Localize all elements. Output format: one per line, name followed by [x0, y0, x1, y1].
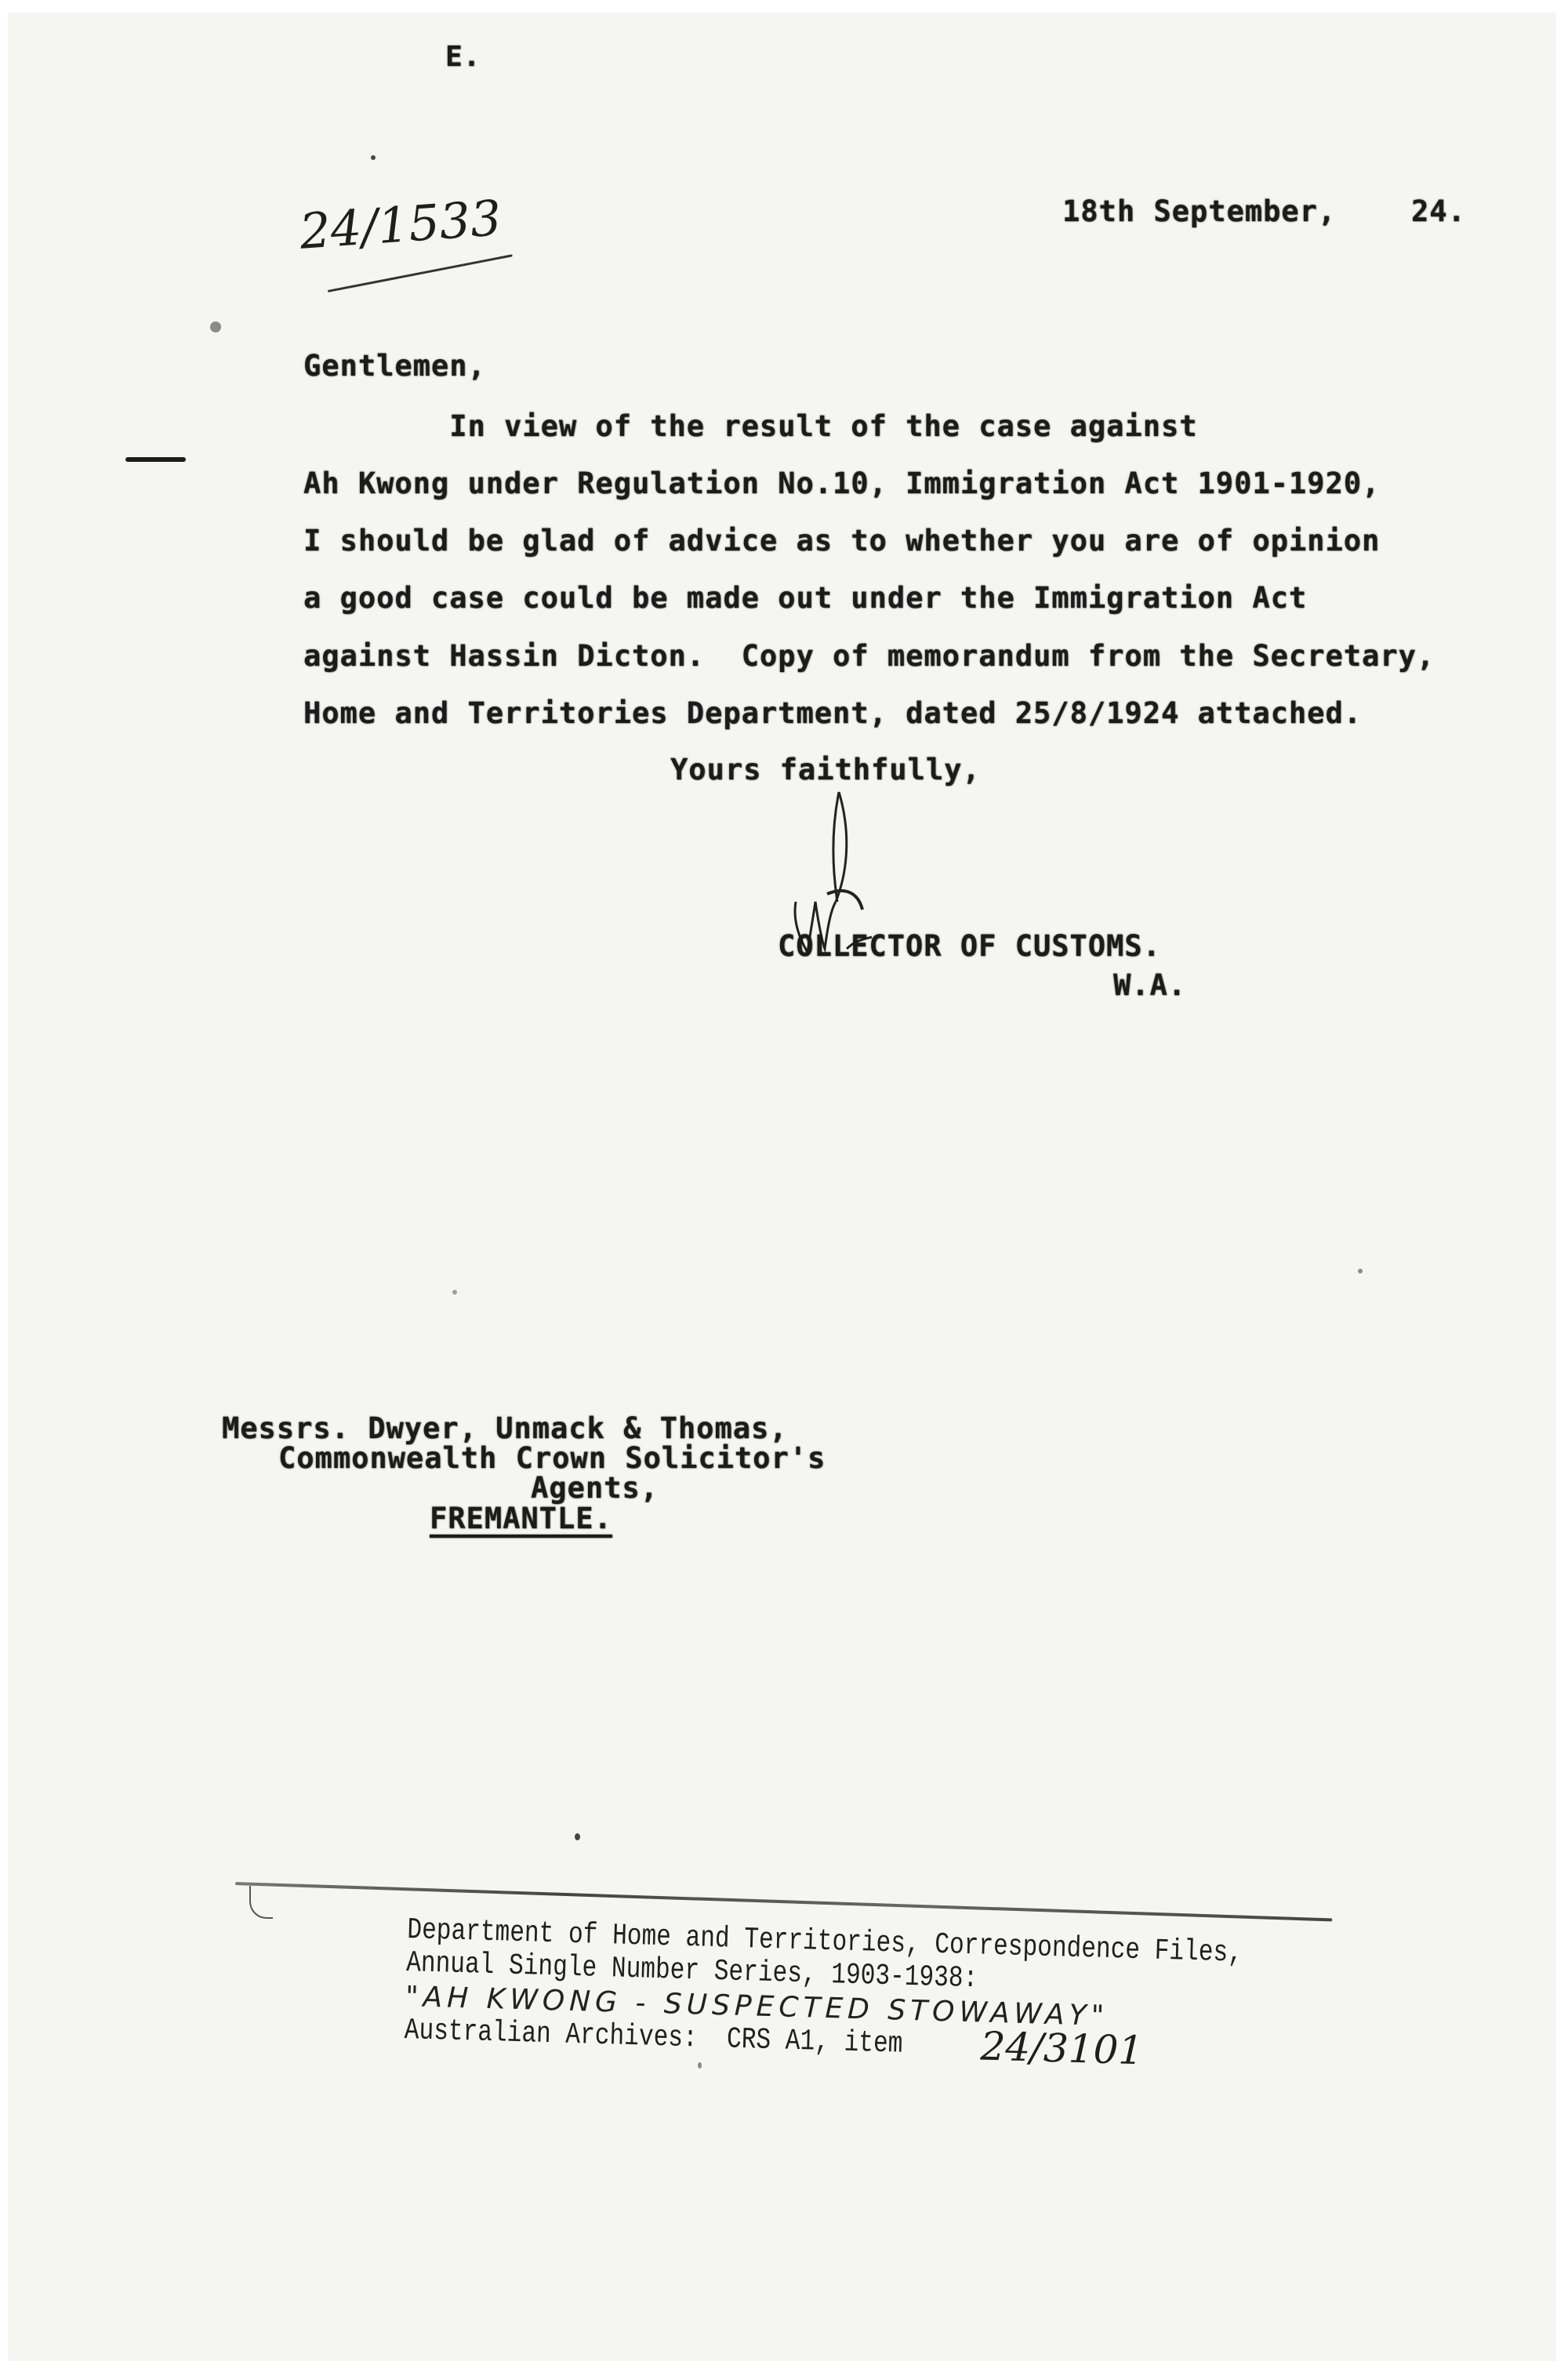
body-line: a good case could be made out under the …	[303, 581, 1307, 615]
recipient-line-3: Agents,	[531, 1471, 659, 1505]
speck	[698, 2062, 702, 2069]
header-mark: E.	[445, 41, 481, 73]
body-line: Home and Territories Department, dated 2…	[303, 696, 1362, 730]
salutation: Gentlemen,	[303, 349, 486, 383]
archive-caption: Department of Home and Territories, Corr…	[403, 1913, 1348, 2096]
speck	[575, 1833, 580, 1840]
speck	[452, 1290, 457, 1295]
speck	[210, 321, 221, 332]
signatory-region: W.A.	[1113, 968, 1186, 1002]
speck	[1358, 1269, 1363, 1273]
body-line: In view of the result of the case agains…	[303, 409, 1198, 443]
recipient-line-2: Commonwealth Crown Solicitor's	[278, 1441, 826, 1475]
body-line: against Hassin Dicton. Copy of memorandu…	[303, 639, 1435, 673]
letter-year: 24.	[1411, 194, 1466, 228]
body-line: I should be glad of advice as to whether…	[303, 524, 1380, 558]
recipient-line-1: Messrs. Dwyer, Unmack & Thomas,	[222, 1411, 788, 1445]
caption-handwritten-item: 24/3101	[980, 2023, 1144, 2073]
sign-off: Yours faithfully,	[670, 753, 981, 786]
margin-dash-mark	[125, 457, 186, 462]
speck	[371, 155, 376, 160]
recipient-line-4: FREMANTLE.	[430, 1502, 612, 1535]
letter-date: 18th September,	[1062, 194, 1336, 228]
body-line: Ah Kwong under Regulation No.10, Immigra…	[303, 467, 1380, 500]
signatory-title: COLLECTOR OF CUSTOMS.	[778, 929, 1161, 963]
